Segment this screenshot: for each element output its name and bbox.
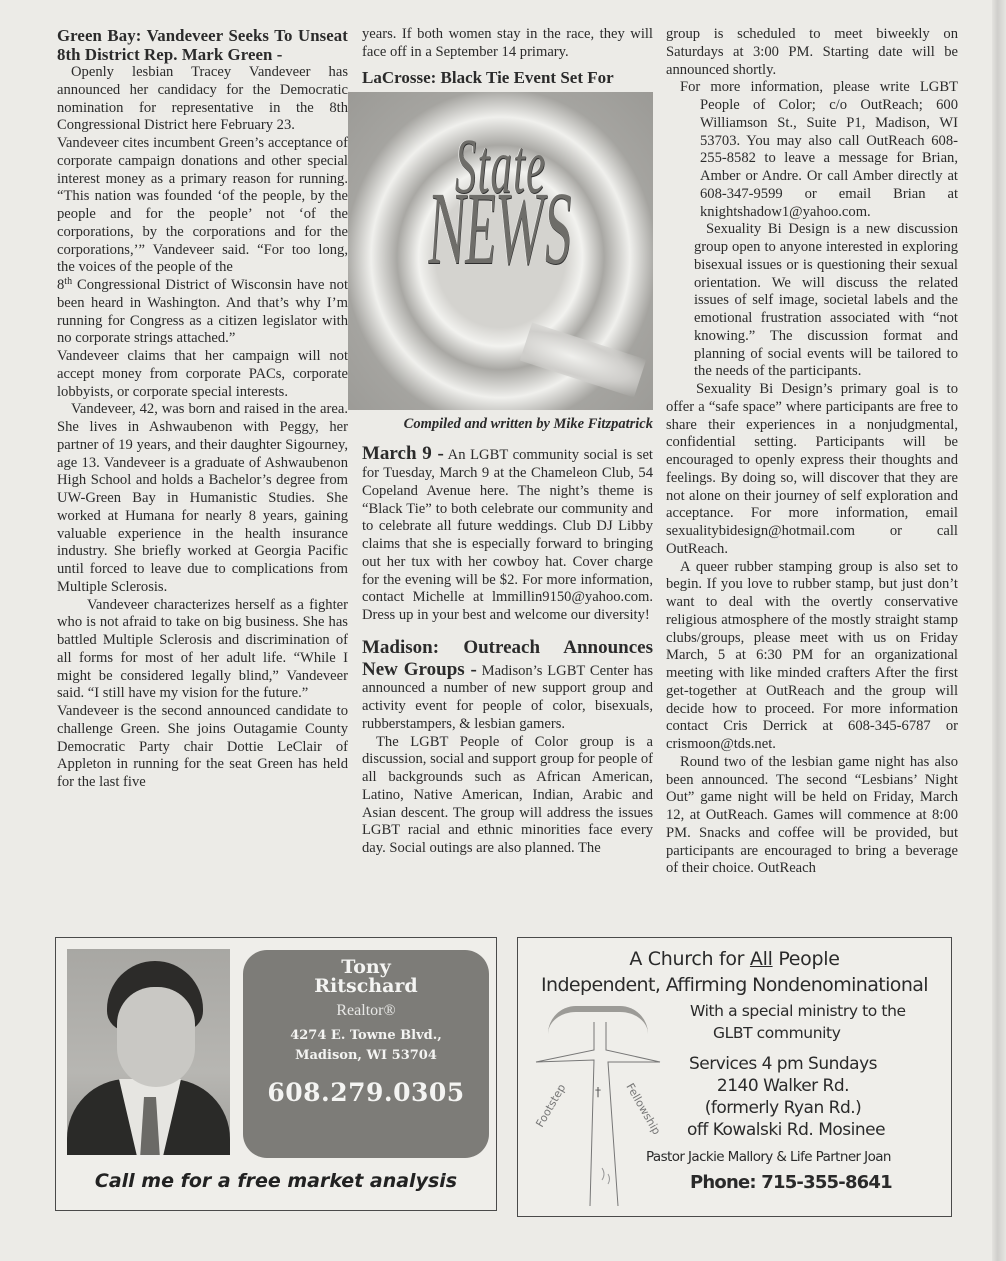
church-advertisement: A Church for All People Independent, Aff… [517,937,952,1217]
church-pastor: Pastor Jackie Mallory & Life Partner Joa… [646,1149,891,1165]
article1-paragraph: 8th Congressional District of Wisconsin … [57,277,348,348]
cross-path-icon: † Footstep Fellowship [528,998,668,1208]
article1-paragraph: Vandeveer characterizes herself as a fig… [57,597,348,704]
church-headline: A Church for All People [518,948,951,970]
column-3: group is scheduled to meet biweekly on S… [666,26,958,878]
realtor-tagline: Call me for a free market analysis [56,1170,496,1192]
realtor-title: Realtor® [243,1002,489,1020]
article1-paragraph: Openly lesbian Tracey Vandeveer has anno… [57,64,348,135]
article1-paragraph-continued: years. If both women stay in the race, t… [362,26,653,62]
article2-body: March 9 - An LGBT community social is se… [362,443,653,625]
byline-caption: Compiled and written by Mike Fitzpatrick [362,416,653,434]
realtor-last-name: Ritschard [243,977,489,996]
svg-text:†: † [595,1085,601,1099]
headline-text: People [773,948,840,970]
church-address2: (formerly Ryan Rd.) [658,1098,908,1120]
state-news-title-line2: NEWS [424,220,578,238]
article3-paragraph: For more information, please write LGBT … [666,79,958,221]
q-tail-shape [520,322,646,397]
church-address3: off Kowalski Rd. Mosinee [636,1120,936,1142]
article1-paragraph: Vandeveer, 42, was born and raised in th… [57,401,348,596]
headline-emphasis: All [750,948,773,970]
article3-paragraph: Round two of the lesbian game night has … [666,754,958,878]
church-subheadline: Independent, Affirming Nondenominational [518,974,951,996]
footstep-fellowship-logo: † Footstep Fellowship [528,998,668,1208]
page-edge-shadow [992,0,1006,1261]
article1-paragraph: Vandeveer is the second announced candid… [57,703,348,792]
article3-paragraph: The LGBT People of Color group is a disc… [362,734,653,858]
article2-lead: March 9 - [362,443,444,464]
realtor-advertisement: Tony Ritschard Realtor® 4274 E. Towne Bl… [55,937,497,1211]
article1-paragraph: Vandeveer claims that her campaign will … [57,348,348,401]
church-services: Services 4 pm Sundays [658,1054,908,1076]
column-2: years. If both women stay in the race, t… [362,26,653,858]
article3-paragraph: group is scheduled to meet biweekly on S… [666,26,958,79]
realtor-phone: 608.279.0305 [243,1078,489,1107]
realtor-address-line1: 4274 E. Towne Blvd., [243,1026,489,1046]
logo-left-text: Footstep [533,1082,568,1130]
article2-headline: LaCrosse: Black Tie Event Set For [362,68,653,88]
church-ministry-line2: GLBT community [713,1024,840,1042]
photo-face-shape [117,987,195,1087]
realtor-photo [67,949,230,1155]
ordinal-suffix: th [64,276,72,287]
headline-text: A Church for [629,948,750,970]
logo-right-text: Fellowship [623,1081,663,1137]
state-news-logo-image: State NEWS [348,92,653,410]
realtor-address-line2: Madison, WI 53704 [243,1046,489,1066]
church-address1: 2140 Walker Rd. [658,1076,908,1098]
article1-paragraph: Vandeveer cites incumbent Green’s accept… [57,135,348,277]
article3-paragraph: A queer rubber stamping group is also se… [666,559,958,754]
church-ministry-line1: With a special ministry to the [690,1002,906,1020]
article3-intro: Madison: Outreach Announces New Groups -… [362,637,653,734]
article1-headline: Green Bay: Vandeveer Seeks To Unseat 8th… [57,26,348,64]
article2-text: An LGBT community social is set for Tues… [362,447,653,623]
church-phone: Phone: 715-355-8641 [690,1172,892,1193]
article3-paragraph: Sexuality Bi Design’s primary goal is to… [666,381,958,559]
column-1: Green Bay: Vandeveer Seeks To Unseat 8th… [57,26,348,792]
realtor-card: Tony Ritschard Realtor® 4274 E. Towne Bl… [243,950,489,1158]
article3-paragraph: Sexuality Bi Design is a new discussion … [666,221,958,381]
paragraph-text: Congressional District of Wisconsin have… [57,277,348,346]
